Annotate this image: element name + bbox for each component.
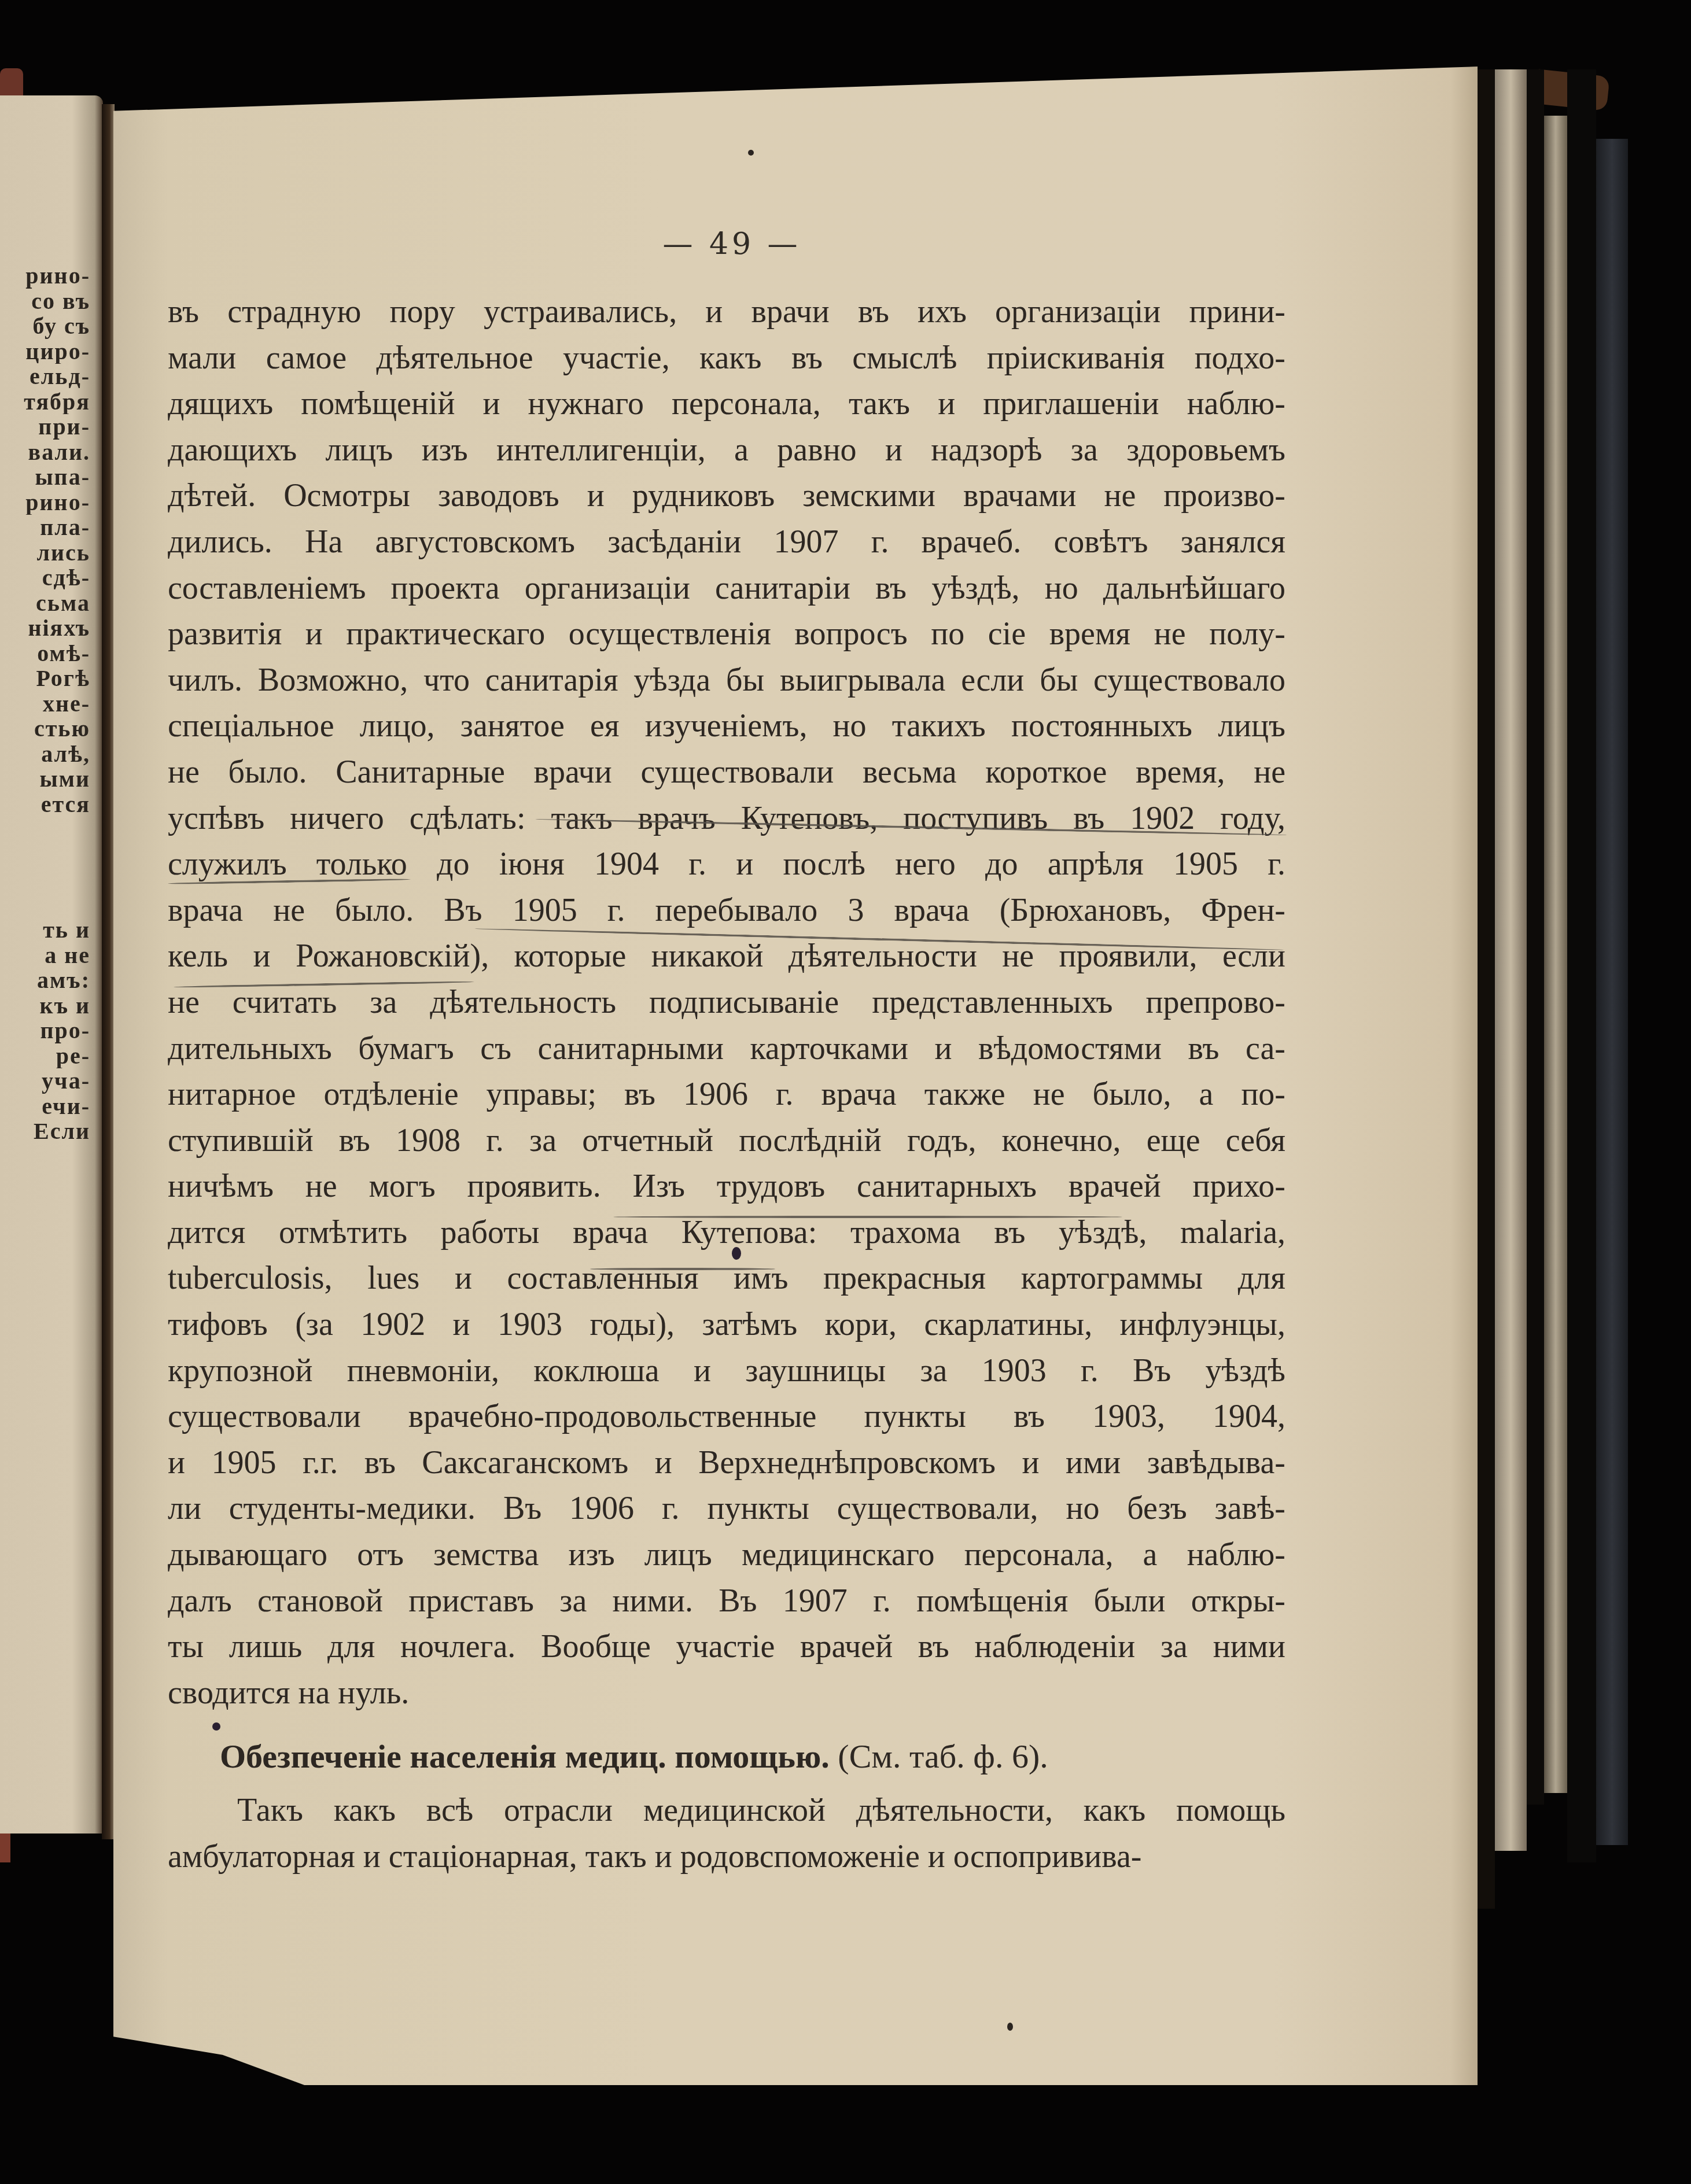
text-line: существовали врачебно-продовольственные … — [168, 1394, 1285, 1440]
text-line: успѣвъ ничего сдѣлать: такъ врачъ Кутепо… — [168, 796, 1285, 842]
previous-page-text-fragments: рино-со въбу съциро-ельд-тябряпри-вали.ы… — [0, 263, 90, 1144]
ink-blot — [212, 1722, 220, 1731]
previous-page-fragment: уча- — [0, 1068, 90, 1094]
previous-page-fragment — [0, 817, 90, 842]
text-line: ничѣмъ не могъ проявить. Изъ трудовъ сан… — [168, 1164, 1285, 1210]
previous-page-fragment: со въ — [0, 289, 90, 314]
previous-page-fragment: бу съ — [0, 313, 90, 339]
text-line: дящихъ помѣщеній и нужнаго персонала, та… — [168, 381, 1285, 427]
previous-page-fragment: про- — [0, 1018, 90, 1043]
text-line: въ страдную пору устраивались, и врачи в… — [168, 289, 1285, 335]
section-heading: Обезпеченіе населенія медиц. помощью. (С… — [168, 1733, 1285, 1780]
text-line: спеціальное лицо, занятое ея изученіемъ,… — [168, 703, 1285, 750]
previous-page-fragment: Рогѣ — [0, 666, 90, 691]
text-line: tuberculosis, lues и составленныя имъ пр… — [168, 1256, 1285, 1302]
previous-page-fragment: лись — [0, 540, 90, 566]
previous-page-fragment: алѣ, — [0, 741, 90, 767]
page-stack-edge — [1544, 116, 1567, 1793]
page-edge-shadow — [1527, 69, 1544, 1805]
ink-blot — [1007, 2023, 1013, 2031]
previous-page-fragment: а не — [0, 943, 90, 968]
text-line: тифовъ (за 1902 и 1903 годы), затѣмъ кор… — [168, 1302, 1285, 1348]
table-reference: (См. таб. ф. 6). — [830, 1737, 1048, 1775]
previous-page-fragment: ыми — [0, 766, 90, 792]
pencil-underline — [613, 1216, 1122, 1218]
previous-page-fragment — [0, 867, 90, 892]
previous-page-fragment — [0, 842, 90, 868]
page-stack-edge — [1495, 69, 1527, 1851]
previous-page-fragment: Если — [0, 1119, 90, 1144]
ink-blot — [732, 1247, 741, 1260]
previous-page-fragment — [0, 892, 90, 918]
text-line: амбулаторная и стаціонарная, такъ и родо… — [168, 1834, 1285, 1880]
previous-page-fragment: рино- — [0, 490, 90, 515]
previous-page-fragment: циро- — [0, 339, 90, 364]
previous-page-fragment: сдѣ- — [0, 565, 90, 591]
text-line: Такъ какъ всѣ отрасли медицинской дѣятел… — [168, 1788, 1285, 1834]
previous-page-fragment: тября — [0, 389, 90, 415]
text-line: ступившій въ 1908 г. за отчетный послѣдн… — [168, 1118, 1285, 1164]
text-line: врача не было. Въ 1905 г. перебывало 3 в… — [168, 888, 1285, 934]
previous-page-fragment: сьма — [0, 591, 90, 616]
previous-page-fragment: ыпа- — [0, 464, 90, 490]
previous-page-fragment: ечи- — [0, 1094, 90, 1119]
text-line: сводится на нуль. — [168, 1670, 1285, 1717]
paragraph-medical-provision: Такъ какъ всѣ отрасли медицинской дѣятел… — [168, 1788, 1285, 1880]
text-line: кель и Рожановскій), которые никакой дѣя… — [168, 934, 1285, 980]
pencil-underline — [590, 1268, 775, 1270]
text-line: мали самое дѣятельное участіе, какъ въ с… — [168, 335, 1285, 382]
page-edge-shadow — [1478, 69, 1495, 1909]
text-line: ли студенты-медики. Въ 1906 г. пункты су… — [168, 1486, 1285, 1532]
previous-page-fragment: хне- — [0, 691, 90, 717]
text-line: дывающаго отъ земства изъ лицъ медицинск… — [168, 1532, 1285, 1578]
section-heading-title: Обезпеченіе населенія медиц. помощью. — [220, 1737, 830, 1775]
page-body: въ страдную пору устраивались, и врачи в… — [168, 289, 1285, 1880]
text-line: дѣтей. Осмотры заводовъ и рудниковъ земс… — [168, 473, 1285, 519]
text-line: крупозной пневмоніи, коклюша и заушницы … — [168, 1348, 1285, 1394]
previous-page-fragment: ть и — [0, 917, 90, 943]
text-line: далъ становой приставъ за ними. Въ 1907 … — [168, 1578, 1285, 1625]
previous-page-fragment: ется — [0, 792, 90, 817]
ink-dot — [748, 150, 754, 156]
text-line: ты лишь для ночлега. Вообще участіе врач… — [168, 1624, 1285, 1670]
previous-page-fragment: омѣ- — [0, 641, 90, 666]
text-line: дающихъ лицъ изъ интеллигенціи, а равно … — [168, 427, 1285, 474]
book-gutter — [102, 104, 115, 1839]
previous-page-fragment: при- — [0, 414, 90, 440]
paragraph-doctors-activity: въ страдную пору устраивались, и врачи в… — [168, 289, 1285, 1716]
previous-page-fragment: къ и — [0, 993, 90, 1019]
book-cover-edge — [1596, 139, 1628, 1845]
text-line: не было. Санитарные врачи существовали в… — [168, 750, 1285, 796]
text-line: чилъ. Возможно, что санитарія уѣзда бы в… — [168, 658, 1285, 704]
text-line: развитія и практическаго осуществленія в… — [168, 611, 1285, 658]
text-line: нитарное отдѣленіе управы; въ 1906 г. вр… — [168, 1072, 1285, 1118]
text-line: составленіемъ проекта организаціи санита… — [168, 566, 1285, 612]
previous-page-fragment: стью — [0, 716, 90, 741]
previous-page-fragment: ніяхъ — [0, 615, 90, 641]
previous-page-fragment: рино- — [0, 263, 90, 289]
page-number: — 49 — — [645, 227, 819, 261]
previous-page-fragment: пла- — [0, 515, 90, 540]
text-line: дительныхъ бумагъ съ санитарными карточк… — [168, 1026, 1285, 1072]
text-line: и 1905 г.г. въ Саксаганскомъ и Верхнеднѣ… — [168, 1440, 1285, 1486]
previous-page-fragment: амъ: — [0, 968, 90, 993]
text-line: не считать за дѣятельность подписываніе … — [168, 980, 1285, 1026]
previous-page-fragment: ельд- — [0, 364, 90, 389]
previous-page-fragment: вали. — [0, 440, 90, 465]
previous-page-edge: рино-со въбу съциро-ельд-тябряпри-вали.ы… — [0, 95, 103, 1833]
page-edge-shadow — [1567, 69, 1596, 1862]
previous-page-fragment: ре- — [0, 1043, 90, 1069]
text-line: дились. На августовскомъ засѣданіи 1907 … — [168, 519, 1285, 566]
